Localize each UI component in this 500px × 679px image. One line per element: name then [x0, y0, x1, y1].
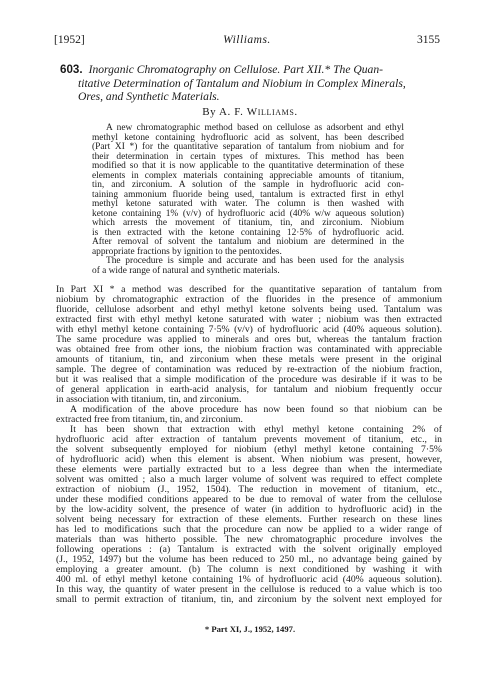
- running-head-author: Williams.: [54, 34, 440, 46]
- article-number: 603.: [60, 63, 83, 76]
- abstract-line: of a wide range of natural and synthetic…: [92, 267, 404, 277]
- body-line: small to permit extraction of titanium, …: [56, 595, 442, 605]
- byline: By A. F. Williams.: [0, 106, 500, 118]
- abstract: A new chromatographic method based on ce…: [92, 124, 404, 276]
- running-head: [1952] Williams. 3155: [54, 34, 440, 48]
- author-name: Williams.: [247, 106, 298, 118]
- journal-page: [1952] Williams. 3155 603.Inorganic Chro…: [0, 0, 500, 679]
- title-line-1: 603.Inorganic Chromatography on Cellulos…: [60, 63, 442, 77]
- page-number: 3155: [417, 34, 440, 46]
- title-line-2: titative Determination of Tantalum and N…: [60, 77, 442, 91]
- body-text: In Part XI * a method was described for …: [56, 285, 442, 605]
- article-title: 603.Inorganic Chromatography on Cellulos…: [60, 63, 442, 104]
- title-line-3: Ores, and Synthetic Materials.: [60, 90, 442, 104]
- footnote: * Part XI, J., 1952, 1497.: [0, 624, 500, 634]
